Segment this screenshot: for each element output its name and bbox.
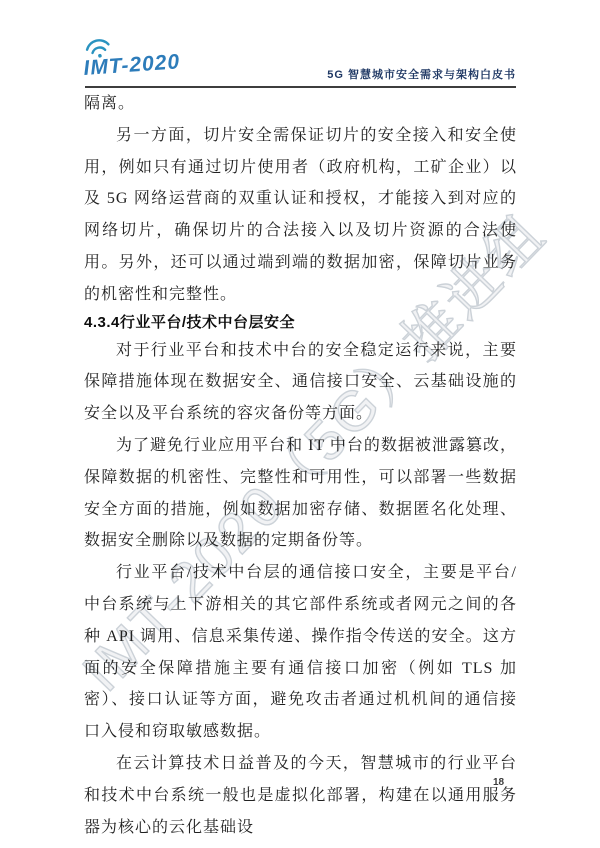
- wifi-icon: IMT-2020: [82, 34, 212, 84]
- page-number: 18: [493, 777, 504, 788]
- paragraph: 另一方面，切片安全需保证切片的安全接入和安全使用，例如只有通过切片使用者（政府机…: [84, 120, 517, 311]
- paragraph: 对于行业平台和技术中台的安全稳定运行来说，主要保障措施体现在数据安全、通信接口安…: [84, 335, 517, 430]
- document-page: IMT-2020（5G）推进组 IMT-2020 5G 智慧城市安全需求与架构白…: [0, 0, 600, 848]
- document-body: 隔离。 另一方面，切片安全需保证切片的安全接入和安全使用，例如只有通过切片使用者…: [84, 88, 517, 843]
- paragraph: 为了避免行业应用平台和 IT 中台的数据被泄露篡改，保障数据的机密性、完整性和可…: [84, 430, 517, 557]
- header-title: 5G 智慧城市安全需求与架构白皮书: [327, 66, 516, 82]
- paragraph: 行业平台/技术中台层的通信接口安全，主要是平台/中台系统与上下游相关的其它部件系…: [84, 557, 517, 748]
- imt-2020-logo: IMT-2020: [82, 34, 212, 84]
- section-heading: 4.3.4行业平台/技术中台层安全: [84, 311, 517, 335]
- paragraph: 在云计算技术日益普及的今天，智慧城市的行业平台和技术中台系统一般也是虚拟化部署，…: [84, 748, 517, 843]
- paragraph-continuation: 隔离。: [84, 88, 517, 120]
- svg-text:IMT-2020: IMT-2020: [83, 50, 181, 80]
